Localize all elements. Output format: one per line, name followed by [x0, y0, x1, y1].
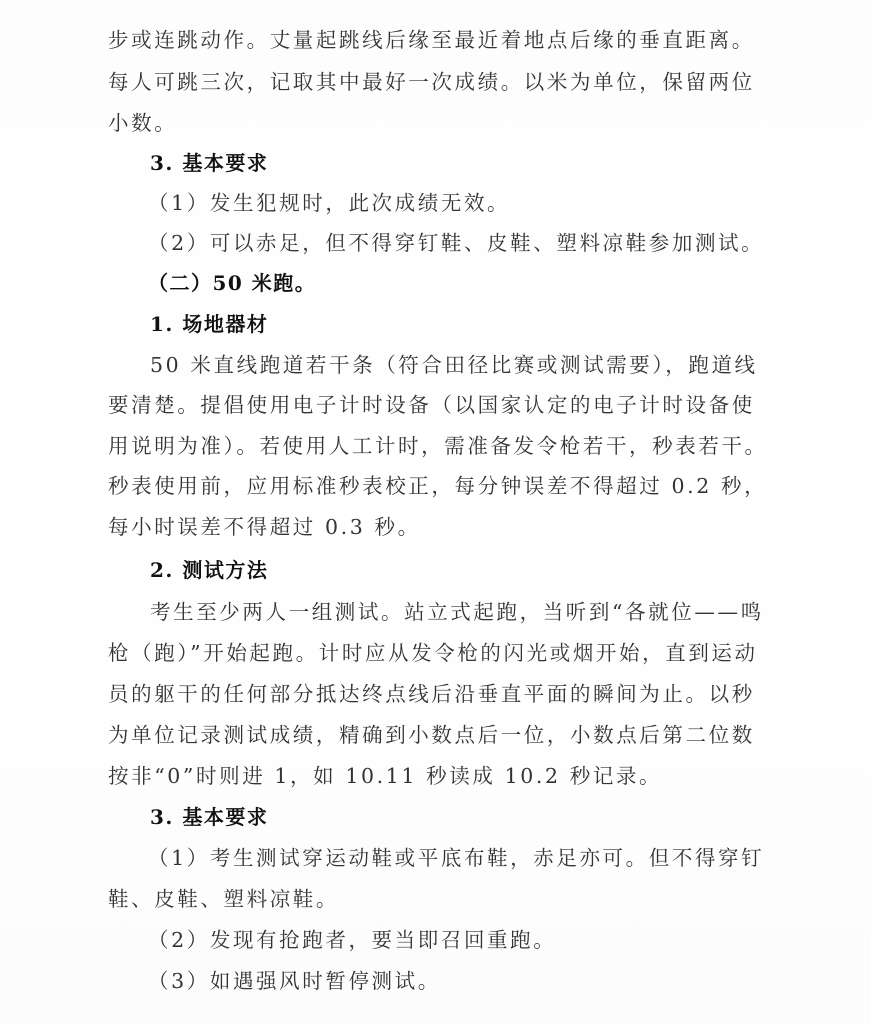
subsection-heading: 1. 场地器材 — [150, 304, 820, 344]
list-item: （3）如遇强风时暂停测试。 — [148, 961, 818, 1001]
document-page: 步或连跳动作。丈量起跳线后缘至最近着地点后缘的垂直距离。 每人可跳三次，记取其中… — [0, 0, 871, 1024]
subsection-heading: 3. 基本要求 — [150, 143, 820, 183]
body-line: 鞋、皮鞋、塑料凉鞋。 — [108, 879, 778, 919]
subsection-heading: 2. 测试方法 — [150, 550, 820, 590]
body-line: 枪（跑）”开始起跑。计时应从发令枪的闪光或烟开始，直到运动 — [108, 633, 778, 673]
paragraph-first-line: 考生至少两人一组测试。站立式起跑，当听到“各就位——鸣 — [150, 592, 820, 632]
body-line: 按非“0”时则进 1，如 10.11 秒读成 10.2 秒记录。 — [108, 756, 778, 796]
body-line: 要清楚。提倡使用电子计时设备（以国家认定的电子计时设备使 — [108, 385, 778, 425]
subsection-heading: 3. 基本要求 — [150, 797, 820, 837]
body-line: 秒表使用前，应用标准秒表校正，每分钟误差不得超过 0.2 秒， — [108, 466, 778, 506]
body-line: 员的躯干的任何部分抵达终点线后沿垂直平面的瞬间为止。以秒 — [108, 674, 778, 714]
list-item: （2）发现有抢跑者，要当即召回重跑。 — [148, 920, 818, 960]
body-line: 为单位记录测试成绩，精确到小数点后一位，小数点后第二位数 — [108, 715, 778, 755]
body-line: 每人可跳三次，记取其中最好一次成绩。以米为单位，保留两位 — [108, 62, 778, 102]
body-line: 用说明为准）。若使用人工计时，需准备发令枪若干，秒表若干。 — [108, 426, 778, 466]
list-item: （2）可以赤足，但不得穿钉鞋、皮鞋、塑料凉鞋参加测试。 — [148, 223, 818, 263]
body-line: 小数。 — [108, 103, 778, 143]
list-item: （1）考生测试穿运动鞋或平底布鞋，赤足亦可。但不得穿钉 — [148, 838, 818, 878]
body-line: 步或连跳动作。丈量起跳线后缘至最近着地点后缘的垂直距离。 — [108, 20, 778, 60]
list-item: （1）发生犯规时，此次成绩无效。 — [148, 183, 818, 223]
body-line: 每小时误差不得超过 0.3 秒。 — [108, 507, 778, 547]
section-heading: （二）50 米跑。 — [148, 263, 818, 303]
paragraph-first-line: 50 米直线跑道若干条（符合田径比赛或测试需要），跑道线 — [150, 345, 820, 385]
